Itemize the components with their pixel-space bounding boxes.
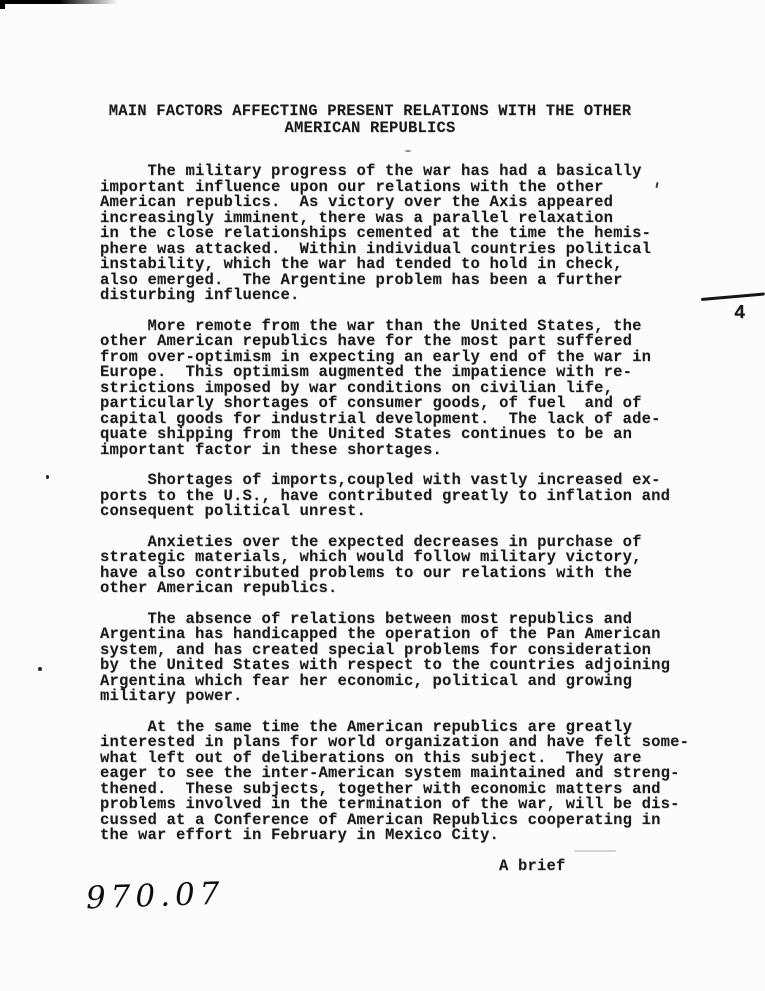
scan-artifact-speck [574, 850, 616, 852]
document-body: The military progress of the war has had… [100, 164, 720, 874]
paragraph-5: The absence of relations between most re… [100, 612, 720, 705]
scan-artifact-top-nub [0, 0, 5, 9]
page-number: 4 [734, 302, 745, 324]
handwritten-file-number: 970.07 [85, 876, 225, 917]
paragraph-2: More remote from the war than the United… [100, 319, 720, 459]
document-title: MAIN FACTORS AFFECTING PRESENT RELATIONS… [100, 103, 640, 136]
document-page: MAIN FACTORS AFFECTING PRESENT RELATIONS… [0, 0, 765, 991]
paragraph-6: At the same time the American republics … [100, 720, 720, 844]
catchword: A brief [499, 859, 720, 875]
paragraph-3: Shortages of imports,coupled with vastly… [100, 473, 720, 520]
scan-artifact-top-streak [0, 0, 118, 4]
paragraph-1: The military progress of the war has had… [100, 164, 720, 304]
scan-artifact-speck [405, 150, 411, 152]
scan-artifact-speck [38, 667, 42, 671]
scan-artifact-speck [46, 475, 49, 479]
paragraph-4: Anxieties over the expected decreases in… [100, 535, 720, 597]
